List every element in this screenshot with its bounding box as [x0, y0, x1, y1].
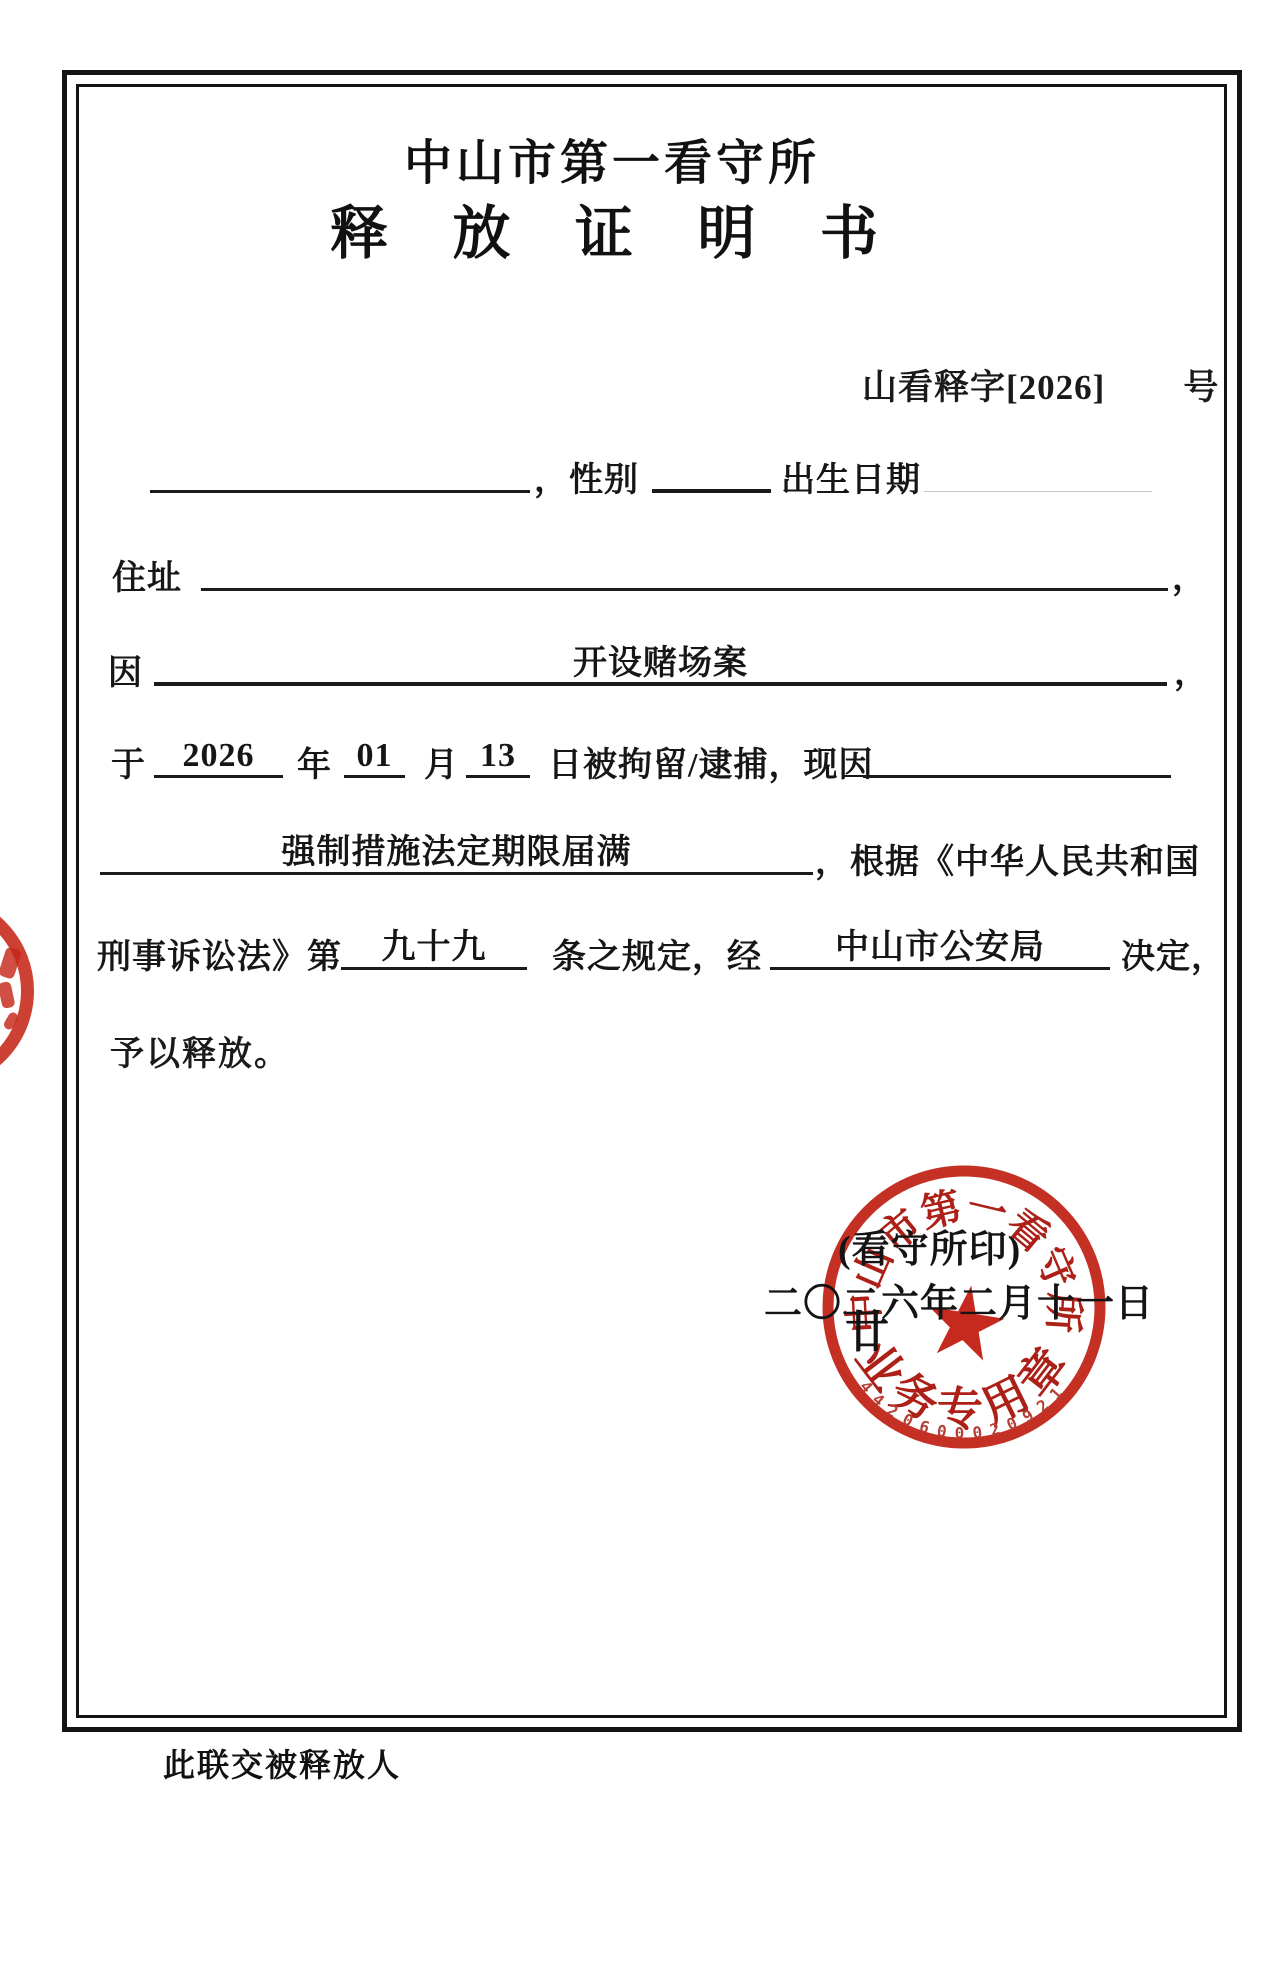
date-prefix: 于: [111, 737, 146, 786]
article-value: 九十九: [341, 929, 527, 970]
seal-mark-overlay: 廿: [845, 1296, 889, 1360]
day-value: 13: [466, 737, 530, 778]
doc-number-suffix: 号: [1183, 368, 1219, 407]
org-title: 中山市第一看守所: [0, 124, 1224, 193]
doc-number-prefix: 山看释字[2026]: [862, 368, 1105, 407]
sex-label: ，性别: [534, 452, 639, 501]
case-label: 因: [108, 645, 143, 694]
row-legal-basis: 刑事诉讼法》第 九十九 条之规定，经 中山市公安局 决定，: [0, 929, 1279, 973]
article-suffix-text: 条之规定，经: [552, 929, 762, 978]
current-cause-blank: [863, 737, 1171, 778]
detained-text: 日被拘留/逮捕，现因: [548, 737, 873, 786]
release-certificate-page: 中山市第一看守所 释 放 证 明 书 山看释字[2026]号 ，性别 出生日期 …: [0, 0, 1279, 1985]
row-case: 因 开设赌场案 ，: [0, 645, 1279, 689]
name-blank: [150, 452, 530, 493]
month-unit: 月: [424, 737, 459, 786]
document-border-inner: [76, 84, 1227, 1718]
case-value: 开设赌场案: [154, 645, 1167, 686]
cert-title: 释 放 证 明 书: [0, 186, 1224, 270]
law-name-text: 刑事诉讼法》第: [97, 929, 342, 978]
dob-faint-blank: [924, 452, 1152, 492]
case-comma: ，: [1174, 645, 1209, 694]
dob-label: 出生日期: [781, 452, 921, 501]
row-identity: ，性别 出生日期: [0, 452, 1279, 496]
address-label: 住址: [112, 550, 182, 599]
address-blank: [201, 550, 1168, 591]
doc-number: 山看释字[2026]号: [862, 360, 1219, 410]
release-statement: 予以释放。: [110, 1026, 290, 1075]
decision-text: 决定，: [1121, 929, 1226, 978]
row-detention-date: 于 2026 年 01 月 13 日被拘留/逮捕，现因: [0, 737, 1279, 781]
year-value: 2026: [154, 737, 283, 778]
seal-date-overlay: 二〇二六年二月十一日: [764, 1272, 1154, 1327]
row-address: 住址 ，: [0, 550, 1279, 594]
sex-blank: [652, 452, 771, 493]
seal-note-overlay: (看守所印): [838, 1218, 1021, 1273]
month-value: 01: [344, 737, 405, 778]
law-intro-text: ，根据《中华人民共和国: [815, 834, 1200, 883]
address-comma: ，: [1172, 550, 1207, 599]
footer-note: 此联交被释放人: [163, 1740, 401, 1786]
row-release-reason: 强制措施法定期限届满 ，根据《中华人民共和国: [0, 834, 1279, 878]
authority-value: 中山市公安局: [770, 929, 1110, 970]
release-reason-value: 强制措施法定期限届满: [100, 834, 813, 875]
year-unit: 年: [297, 737, 332, 786]
